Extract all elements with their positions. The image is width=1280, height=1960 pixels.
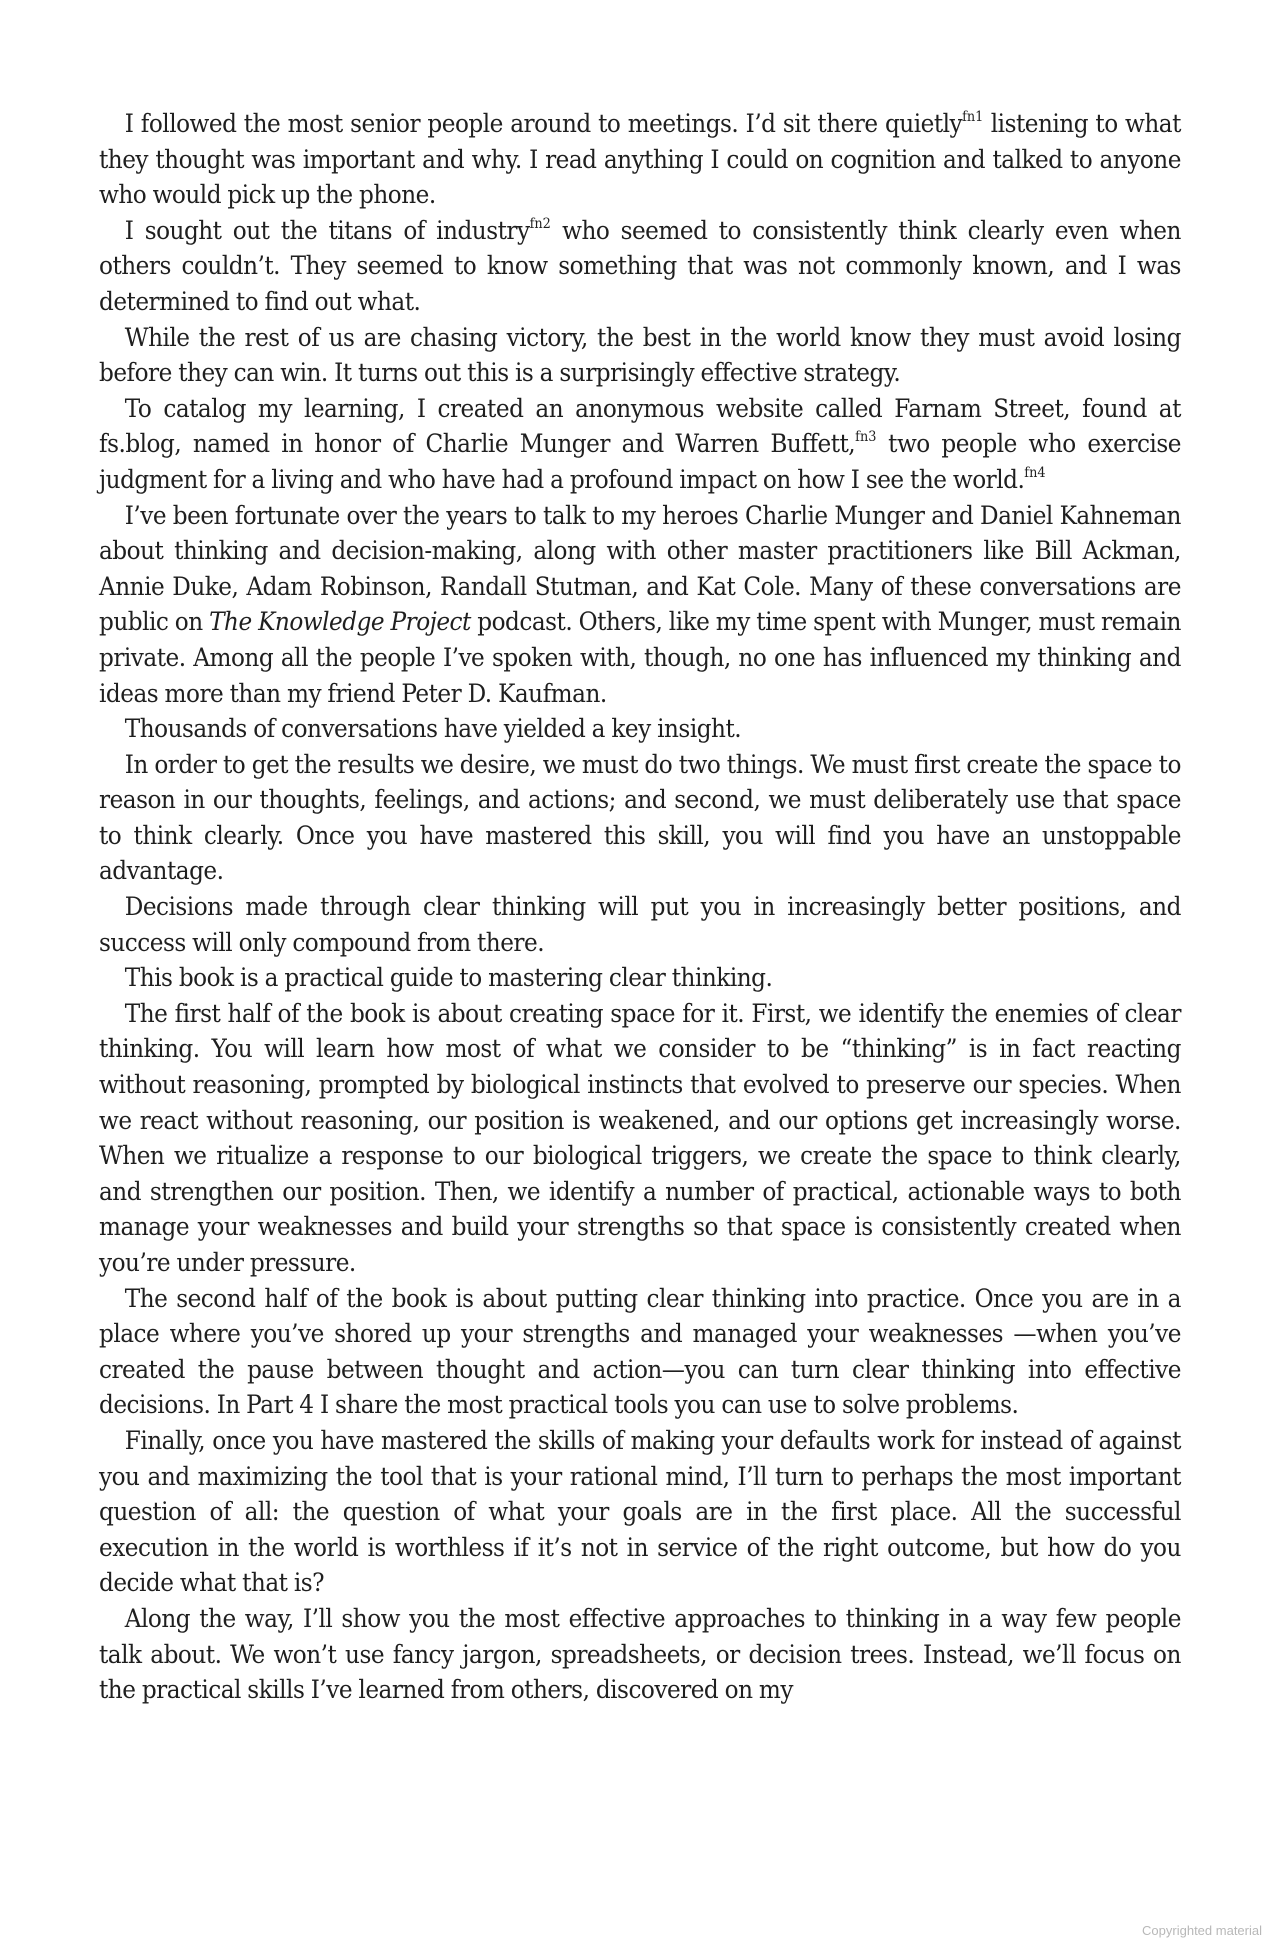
paragraph: To catalog my learning, I created an ano…	[99, 391, 1181, 498]
paragraph-text: This book is a practical guide to master…	[125, 963, 773, 992]
paragraph: The first half of the book is about crea…	[99, 996, 1181, 1281]
paragraph: While the rest of us are chasing victory…	[99, 320, 1181, 391]
footnote-reference[interactable]: fn1	[962, 109, 983, 125]
book-page-body: I followed the most senior people around…	[99, 106, 1181, 1708]
paragraph-text: The first half of the book is about crea…	[99, 999, 1181, 1277]
paragraph: Finally, once you have mastered the skil…	[99, 1423, 1181, 1601]
paragraph: I sought out the titans of industryfn2 w…	[99, 213, 1181, 320]
paragraph: In order to get the results we desire, w…	[99, 747, 1181, 889]
footnote-reference[interactable]: fn2	[530, 216, 551, 232]
paragraph-text: I followed the most senior people around…	[125, 109, 962, 138]
paragraph-text: I sought out the titans of industry	[125, 216, 530, 245]
paragraph: Thousands of conversations have yielded …	[99, 711, 1181, 747]
paragraph-text: The second half of the book is about put…	[99, 1284, 1181, 1420]
italic-title: The Knowledge Project	[209, 607, 471, 636]
paragraph: This book is a practical guide to master…	[99, 960, 1181, 996]
paragraph-text: In order to get the results we desire, w…	[99, 750, 1181, 886]
paragraph: Decisions made through clear thinking wi…	[99, 889, 1181, 960]
paragraph: The second half of the book is about put…	[99, 1281, 1181, 1423]
paragraph-text: While the rest of us are chasing victory…	[99, 323, 1181, 388]
paragraph: I’ve been fortunate over the years to ta…	[99, 498, 1181, 712]
footnote-reference[interactable]: fn3	[855, 429, 876, 445]
paragraph-text: Thousands of conversations have yielded …	[125, 714, 741, 743]
paragraph: I followed the most senior people around…	[99, 106, 1181, 213]
paragraph: Along the way, I’ll show you the most ef…	[99, 1601, 1181, 1708]
paragraph-text: Finally, once you have mastered the skil…	[99, 1426, 1181, 1597]
copyright-watermark: Copyrighted material	[1142, 1923, 1262, 1938]
footnote-reference[interactable]: fn4	[1024, 465, 1045, 481]
paragraph-text: Decisions made through clear thinking wi…	[99, 892, 1181, 957]
paragraph-text: Along the way, I’ll show you the most ef…	[99, 1604, 1181, 1704]
